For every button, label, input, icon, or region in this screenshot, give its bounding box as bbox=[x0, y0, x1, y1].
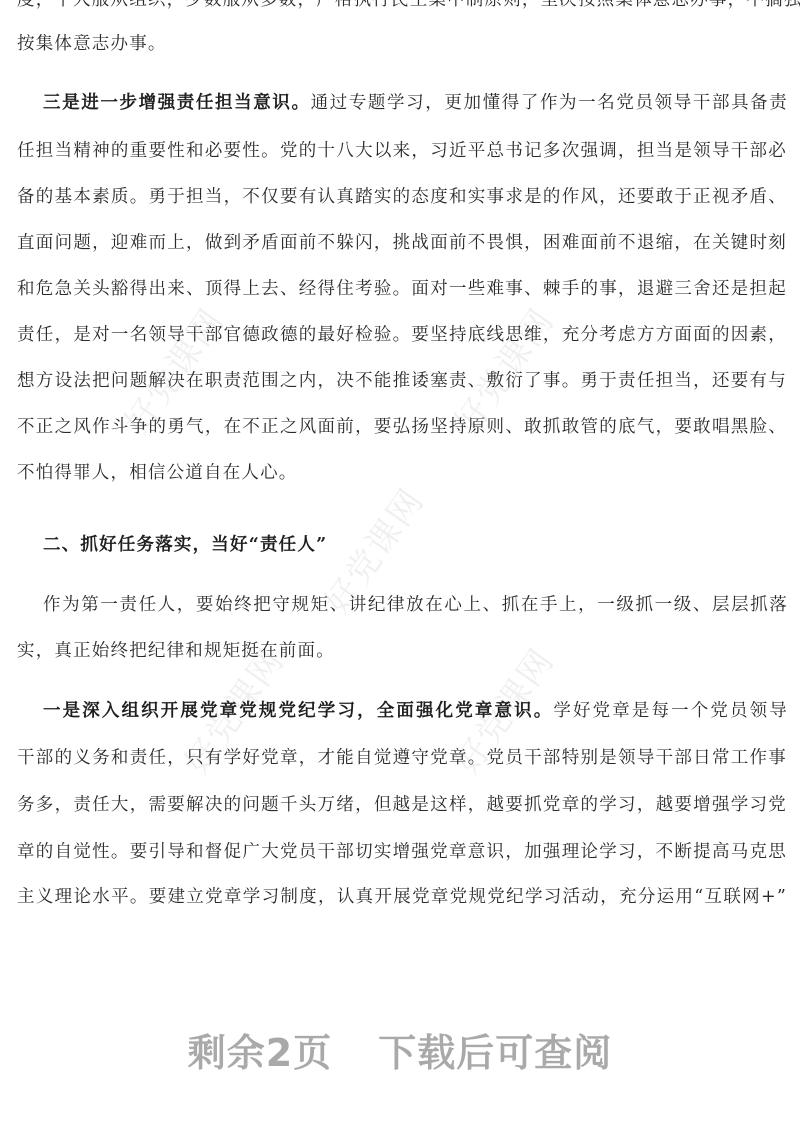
paragraph-line: 和危急关头豁得出来、顶得上去、经得住考验。面对一些难事、棘手的事，退避三舍还是担… bbox=[17, 278, 787, 300]
paragraph-line: 任担当精神的重要性和必要性。党的十八大以来，习近平总书记多次强调，担当是领导干部… bbox=[17, 140, 787, 162]
paragraph-line: 不正之风作斗争的勇气，在不正之风面前，要弘扬坚持原则、敢抓敢管的底气，要敢唱黑脸… bbox=[17, 416, 787, 438]
remaining-pages-label: 剩余2页 bbox=[188, 1031, 332, 1075]
cut-off-text-line: 度，个人服从组织，少数服从多数，严格执行民主集中制原则，坚决按照集体意志办事，不… bbox=[17, 0, 787, 11]
paragraph-line: 想方设法把问题解决在职责范围之内，决不能推诿塞责、敷衍了事。勇于责任担当，还要有… bbox=[17, 370, 787, 392]
paragraph-party-constitution-line-1: 一是深入组织开展党章党规党纪学习，全面强化党章意识。学好党章是每一个党员领导 bbox=[43, 700, 788, 722]
paragraph-line: 务多，责任大，需要解决的问题千头万绪，但越是这样，越要抓党章的学习，越要增强学习… bbox=[17, 794, 787, 816]
bold-lead-text: 三是进一步增强责任担当意识。 bbox=[43, 93, 311, 113]
paragraph-line: 实，真正始终把纪律和规矩挺在前面。 bbox=[17, 640, 787, 662]
download-to-view-label: 下载后可查阅 bbox=[378, 1031, 612, 1075]
section-heading: 二、抓好任务落实，当好“责任人” bbox=[43, 534, 788, 556]
paragraph-line: 干部的义务和责任，只有学好党章，才能自觉遵守党章。党员干部特别是领导干部日常工作… bbox=[17, 747, 787, 769]
paragraph-line: 不怕得罪人，相信公道自在人心。 bbox=[17, 462, 787, 484]
paragraph-line: 备的基本素质。勇于担当，不仅要有认真踏实的态度和实事求是的作风，还要敢于正视矛盾… bbox=[17, 186, 787, 208]
paragraph-responsibility-line-1: 三是进一步增强责任担当意识。通过专题学习，更加懂得了作为一名党员领导干部具备责 bbox=[43, 92, 788, 114]
paragraph-line: 直面问题，迎难而上，做到矛盾面前不躲闪，挑战面前不畏惧，困难面前不退缩，在关键时… bbox=[17, 232, 787, 254]
download-prompt[interactable]: 剩余2页下载后可查阅 bbox=[0, 1022, 800, 1077]
paragraph-line: 主义理论水平。要建立党章学习制度，认真开展党章党规党纪学习活动，充分运用“互联网… bbox=[17, 886, 787, 908]
paragraph-line: 作为第一责任人，要始终把守规矩、讲纪律放在心上、抓在手上，一级抓一级、层层抓落 bbox=[43, 594, 788, 616]
paragraph-line: 责任，是对一名领导干部官德政德的最好检验。要坚持底线思维，充分考虑方方面面的因素… bbox=[17, 324, 787, 346]
bold-lead-text: 一是深入组织开展党章党规党纪学习，全面强化党章意识。 bbox=[43, 701, 553, 721]
paragraph-tail: 按集体意志办事。 bbox=[17, 33, 787, 55]
paragraph-line: 章的自觉性。要引导和督促广大党员干部切实增强党章意识，加强理论学习，不断提高马克… bbox=[17, 841, 787, 863]
document-page: 好党课网 好党课网 好党课网 好党课网 好党课网 度，个人服从组织，少数服从多数… bbox=[0, 0, 800, 1124]
